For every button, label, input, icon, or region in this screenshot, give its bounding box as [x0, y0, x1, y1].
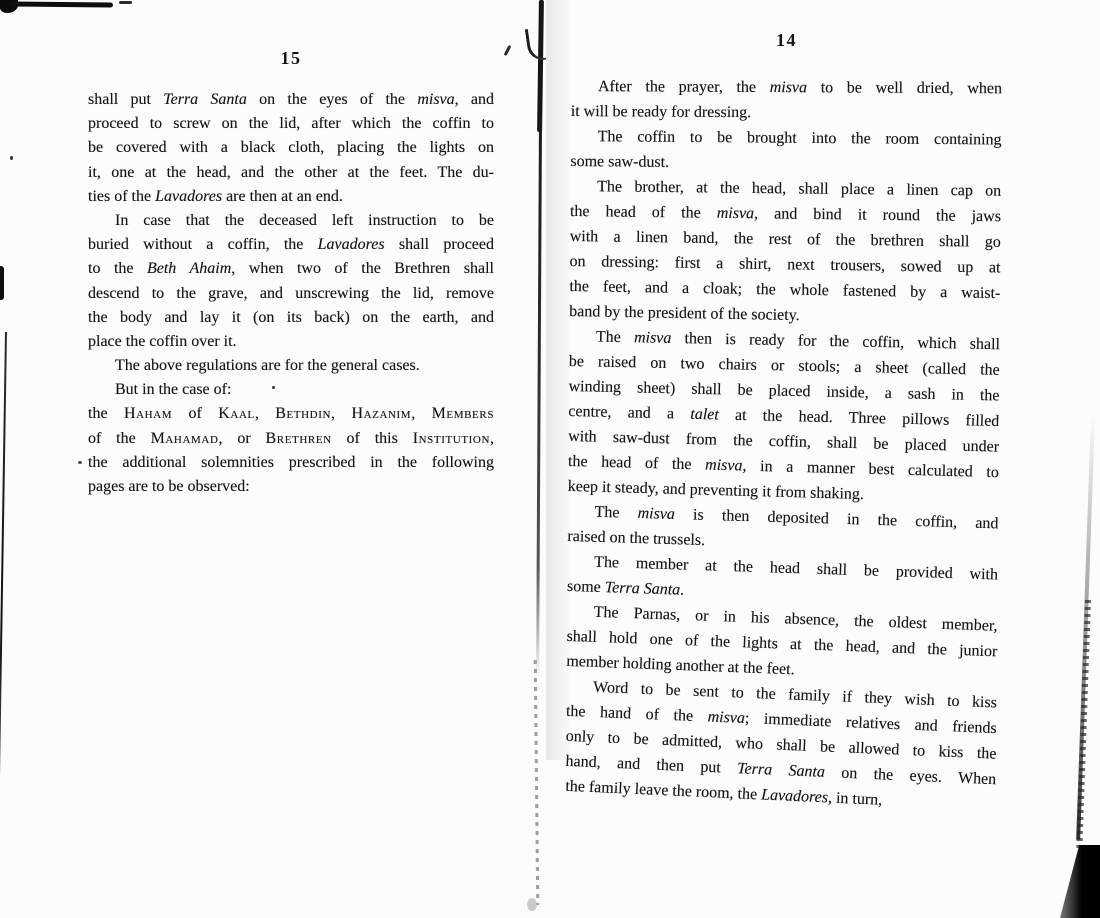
- text-segment: on the eyes of the: [247, 91, 417, 108]
- text-segment: to the: [88, 260, 147, 277]
- smallcaps-text: Hazanim: [351, 405, 411, 422]
- left-edge-line: [0, 332, 7, 824]
- text-segment: the family leave the room, the: [565, 778, 761, 804]
- left-edge-mark: [0, 266, 4, 300]
- scan-streak-top: [10, 1, 113, 7]
- text-segment: , in turn,: [828, 789, 883, 808]
- text-segment: on the eyes. When: [825, 764, 997, 788]
- page-number-left: 15: [88, 46, 494, 70]
- text-line: be covered with a black cloth, placing t…: [88, 136, 494, 160]
- text-segment: the head of the: [570, 203, 717, 222]
- text-segment: ,: [255, 405, 275, 422]
- text-segment: The: [596, 328, 634, 346]
- text-segment: some: [567, 578, 605, 596]
- text-segment: it, one at the head, and the other at th…: [88, 164, 494, 181]
- smallcaps-text: Institution: [413, 430, 490, 447]
- scanned-book-spread: { "colors": { "ink": "#161616", "paper":…: [0, 0, 1100, 918]
- text-line: The above regulations are for the genera…: [88, 354, 494, 378]
- italic-text: misva: [707, 708, 745, 726]
- italic-text: Lavadores: [318, 236, 385, 253]
- text-line: pages are to be observed:: [88, 475, 494, 499]
- bottom-right-black-corner: [1060, 845, 1100, 918]
- text-segment: be covered with a black cloth, placing t…: [88, 139, 494, 156]
- text-segment: at the head. Three pillows filled: [719, 406, 1000, 430]
- right-text-column: After the prayer, the misva to be well d…: [571, 74, 1002, 799]
- text-segment: , in a manner best calculated to: [742, 457, 999, 481]
- text-segment: the additional solemnities prescribed in…: [88, 454, 494, 471]
- text-line: it will be ready for dressing.: [571, 99, 1002, 127]
- text-segment: .: [680, 582, 685, 599]
- text-segment: shall proceed: [385, 236, 494, 253]
- left-text-column: shall put Terra Santa on the eyes of the…: [88, 88, 494, 499]
- text-line: buried without a coffin, the Lavadores s…: [88, 233, 494, 257]
- gutter-line-speckles: [534, 660, 540, 905]
- gutter-shading: [546, 0, 572, 760]
- gutter-line-top: [537, 0, 544, 132]
- smallcaps-text: Haham: [124, 405, 172, 422]
- text-segment: After the prayer, the: [598, 78, 770, 96]
- right-edge-speckles: [1076, 600, 1091, 850]
- text-segment: proceed to screw on the lid, after which…: [88, 115, 494, 132]
- text-segment: ties of the: [88, 188, 155, 205]
- text-line: ties of the Lavadores are then at an end…: [88, 185, 494, 209]
- smallcaps-text: Bethdin: [275, 405, 331, 422]
- ink-dot: [272, 386, 275, 389]
- text-line: shall put Terra Santa on the eyes of the…: [88, 88, 494, 112]
- text-segment: are then at an end.: [222, 188, 343, 205]
- text-segment: the: [88, 405, 124, 422]
- gutter-line-main: [536, 118, 542, 678]
- text-segment: the feet, and a cloak; the whole fastene…: [569, 278, 1000, 302]
- italic-text: misva: [717, 205, 755, 222]
- text-segment: the hand of the: [566, 703, 708, 726]
- smallcaps-text: Brethren: [266, 430, 332, 447]
- left-edge-dot: [10, 156, 13, 160]
- text-segment: on dressing: first a shirt, next trouser…: [569, 253, 1000, 276]
- italic-text: Terra Santa: [604, 579, 680, 598]
- left-page: 15 shall put Terra Santa on the eyes of …: [88, 46, 494, 499]
- stray-tick-mark: [504, 45, 512, 56]
- text-segment: descend to the grave, and unscrewing the…: [88, 285, 494, 302]
- text-segment: place the coffin over it.: [88, 333, 237, 350]
- text-segment: band by the president of the society.: [569, 303, 800, 324]
- text-line: The coffin to be brought into the room c…: [570, 124, 1001, 152]
- italic-text: Lavadores: [155, 188, 222, 205]
- italic-text: misva: [417, 91, 454, 108]
- text-segment: ,: [411, 405, 431, 422]
- text-line: some saw-dust.: [570, 149, 1001, 178]
- page-number-right: 14: [571, 28, 1002, 52]
- italic-text: misva: [705, 457, 743, 475]
- ink-dot: [78, 461, 82, 464]
- text-segment: the head of the: [568, 453, 706, 474]
- text-line: the body and lay it (on its back) on the…: [88, 306, 494, 330]
- text-segment: pages are to be observed:: [88, 478, 250, 495]
- text-segment: , and bind it round the jaws: [754, 205, 1001, 225]
- text-segment: hand, and then put: [565, 753, 737, 777]
- text-line: the Haham of Kaal, Bethdin, Hazanim, Mem…: [88, 402, 494, 426]
- text-segment: centre, and a: [568, 403, 690, 423]
- text-line: proceed to screw on the lid, after which…: [88, 112, 494, 136]
- text-line: of the Mahamad, or Brethren of this Inst…: [88, 427, 494, 451]
- text-segment: to be well dried, when: [807, 79, 1002, 97]
- text-segment: the body and lay it (on its back) on the…: [88, 309, 494, 326]
- text-segment: , and: [455, 91, 494, 108]
- italic-text: Lavadores: [761, 786, 829, 806]
- text-segment: of the: [88, 430, 151, 447]
- italic-text: misva: [634, 329, 672, 347]
- right-page: 14 After the prayer, the misva to be wel…: [571, 28, 1002, 799]
- text-segment: raised on the trussels.: [567, 528, 705, 549]
- text-segment: ,: [331, 405, 351, 422]
- text-line: the additional solemnities prescribed in…: [88, 451, 494, 475]
- italic-text: misva: [770, 79, 807, 96]
- text-segment: some saw-dust.: [570, 153, 669, 171]
- text-line: After the prayer, the misva to be well d…: [571, 74, 1002, 101]
- text-segment: The brother, at the head, shall place a …: [597, 178, 1001, 199]
- italic-text: misva: [637, 505, 675, 523]
- text-segment: buried without a coffin, the: [88, 236, 318, 253]
- text-segment: with a linen band, the rest of the breth…: [570, 228, 1001, 251]
- italic-text: Terra Santa: [163, 91, 247, 108]
- text-line: But in the case of:: [88, 378, 494, 402]
- text-segment: of this: [332, 430, 413, 447]
- smallcaps-text: Mahamad: [151, 430, 219, 447]
- text-segment: ,: [490, 430, 494, 447]
- italic-text: Beth Ahaim: [147, 260, 231, 277]
- italic-text: talet: [690, 406, 719, 424]
- text-segment: The: [594, 504, 638, 522]
- text-segment: In case that the deceased left instructi…: [115, 212, 494, 229]
- text-segment: shall put: [88, 91, 163, 108]
- text-line: it, one at the head, and the other at th…: [88, 161, 494, 185]
- text-line: to the Beth Ahaim, when two of the Breth…: [88, 257, 494, 281]
- smallcaps-text: Members: [432, 405, 494, 422]
- scan-streak-dash: [119, 1, 132, 4]
- text-segment: The coffin to be brought into the room c…: [598, 128, 1002, 148]
- text-line: In case that the deceased left instructi…: [88, 209, 494, 233]
- text-segment: , or: [219, 430, 266, 447]
- smallcaps-text: Kaal: [218, 405, 255, 422]
- text-segment: it will be ready for dressing.: [571, 103, 752, 121]
- gutter-bottom-blob: [527, 898, 537, 911]
- text-segment: , when two of the Brethren shall: [231, 260, 494, 277]
- text-segment: then is ready for the coffin, which shal…: [671, 330, 1000, 353]
- text-segment: But in the case of:: [115, 381, 231, 398]
- text-segment: The above regulations are for the genera…: [115, 357, 420, 374]
- text-line: descend to the grave, and unscrewing the…: [88, 282, 494, 306]
- text-segment: of: [172, 405, 218, 422]
- italic-text: Terra Santa: [737, 760, 825, 781]
- text-line: place the coffin over it.: [88, 330, 494, 354]
